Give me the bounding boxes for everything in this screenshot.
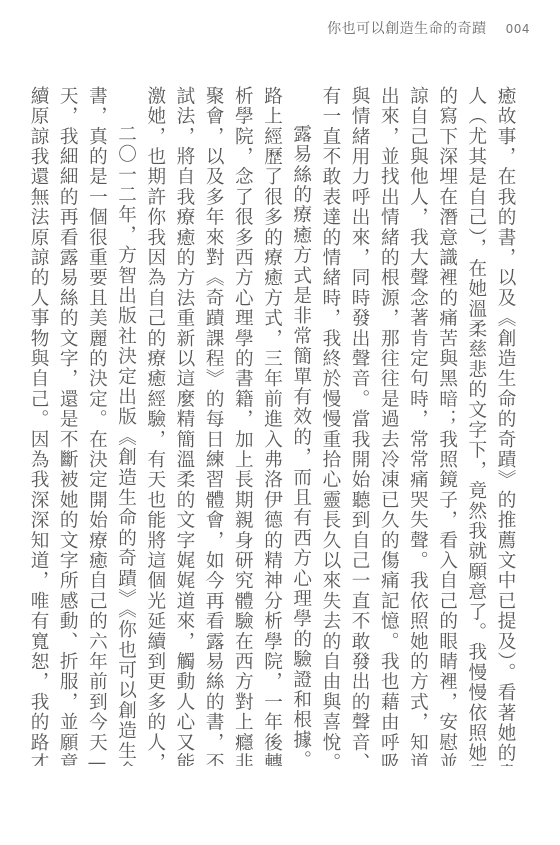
text-column-2: 人（尤其是自己），在她溫柔慈悲的文字下，竟然我就願意了。我慢慢依照她書中的方法，… [462,86,491,766]
text-column-6: 與情緒用力呼出來，同時發出聲音。當我開始聽到自己一直不敢發出的聲音、一直不敢說的… [345,86,374,766]
text-column-5: 出來，並找出情緒的根源，那往往是過去冷凍已久的傷痛記憶。我也藉由呼吸，將心裡飛揚… [374,86,403,766]
text-column-16: 天，我細細的再看露易絲的文字，還是不斷被她的文字所感動、折服，並願意繼續看入自己… [53,86,82,766]
text-column-17: 續原諒我還無法原諒的人事物與自己。因為我深深知道，唯有寬恕，我的路才會越行越寬，… [24,86,53,766]
text-column-1: 癒故事，在我的書，以及《創造生命的奇蹟》的推薦文中已提及）。看著她的書，原本無法… [491,86,520,766]
book-title: 你也可以創造生命的奇蹟 [327,21,487,37]
vertical-text-body: 癒故事，在我的書，以及《創造生命的奇蹟》的推薦文中已提及）。看著她的書，原本無法… [20,86,520,766]
text-column-3: 的寫下深埋在潛意識裡的痛苦與黑暗；我照鏡子，看入自己的眼睛裡，安慰並鼓勵自己；我… [432,86,461,766]
text-column-10: 析學院，念了很多西方心理學的書籍，加上長期親身研究體驗在西方對上癮非常有效的十二… [228,86,257,766]
text-column-11: 聚會，以及多年來對《奇蹟課程》的每日練習體會，如今再看露易絲的書，不禁驚歎她真的… [199,86,228,766]
text-column-9: 路上經歷了很多的療癒方式，三年前進入弗洛伊德的精神分析學院，一年後轉入紐約榮格心… [257,86,286,766]
running-header: 你也可以創造生命的奇蹟 004 [327,18,530,38]
page-number: 004 [506,22,530,36]
text-column-4: 諒自己與他人，我大聲念著肯定句時，常常痛哭失聲。我依照她的方式，知道當我有情緒，… [403,86,432,766]
text-column-14-paragraph-start: 二〇一二年，方智出版社決定出版《創造生命的奇蹟》《你也可以創造生命奇蹟》這兩本 [111,86,140,766]
text-column-13: 激她，也期許你我因為自己的療癒經驗，有天也能將這個光延續到更多的人，讓這世界更幸… [141,86,170,766]
text-column-12: 試法，將自我療癒的方法重新以這麼精簡溫柔的文字娓娓道來，觸動人心又能療癒。我真的… [170,86,199,766]
text-column-7: 有一直不敢表達的情緒時，我終於慢慢重拾心靈長久以來失去的自由與喜悅。 [316,86,345,766]
text-column-15: 書，真的是一個很重要且美麗的決定。在決定開始療癒自己的六年前到今天——二〇一二年… [82,86,111,766]
text-column-8-paragraph-start: 露易絲的療癒方式是非常簡單有效的，而且有西方心理學的驗證和根據。我在學習愛自己的 [287,86,316,766]
